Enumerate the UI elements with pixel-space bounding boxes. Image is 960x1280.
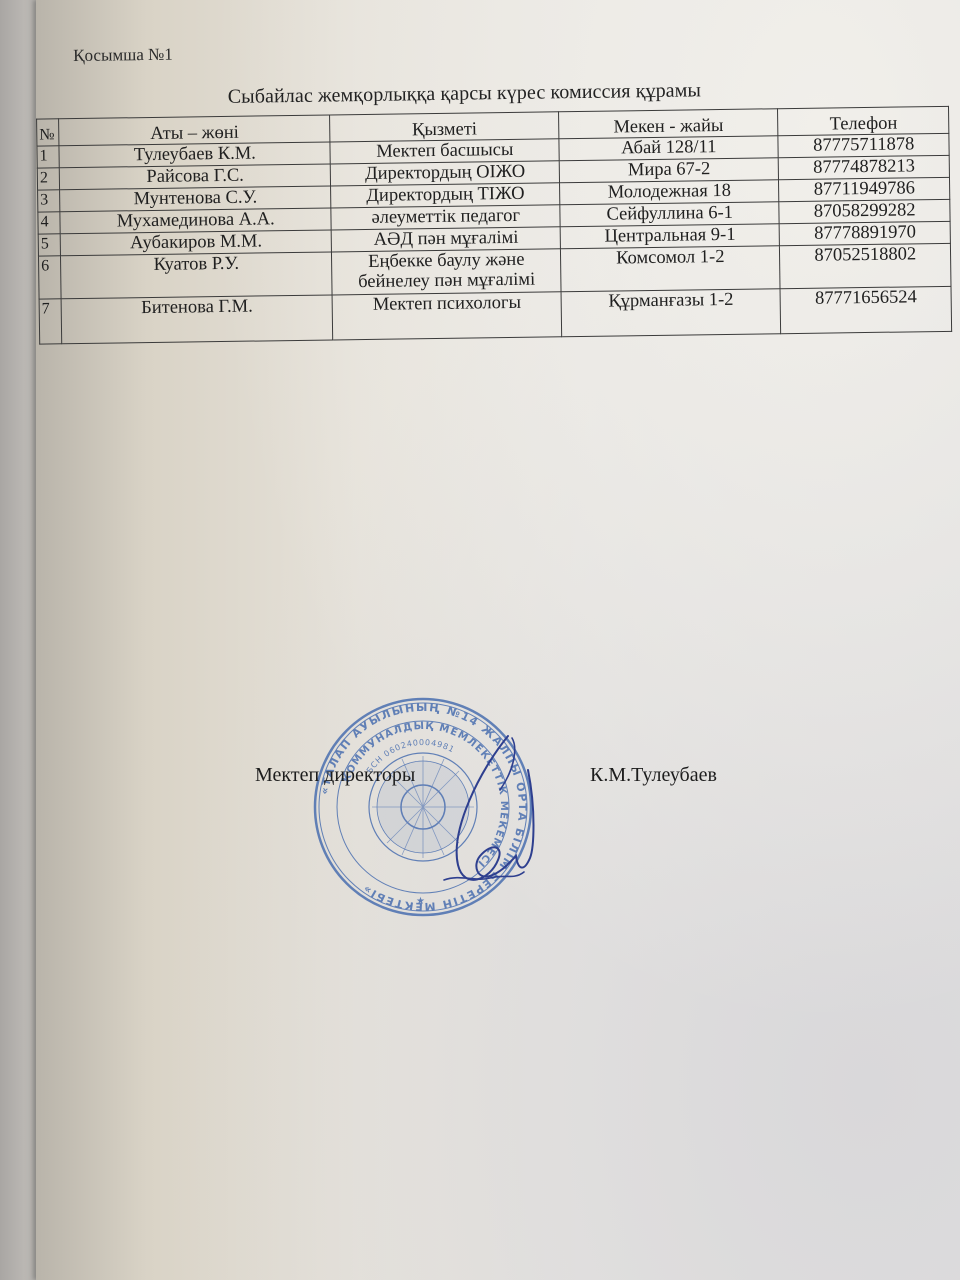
- handwritten-signature-icon: [420, 730, 540, 900]
- signature-block: «ТАЛАП АУЫЛЫНЫҢ №14 ЖАЛПЫ ОРТА БІЛІМ БЕР…: [0, 0, 960, 1280]
- signatory-role: Мектеп директоры: [255, 764, 415, 787]
- signatory-name: К.М.Тулеубаев: [590, 764, 717, 787]
